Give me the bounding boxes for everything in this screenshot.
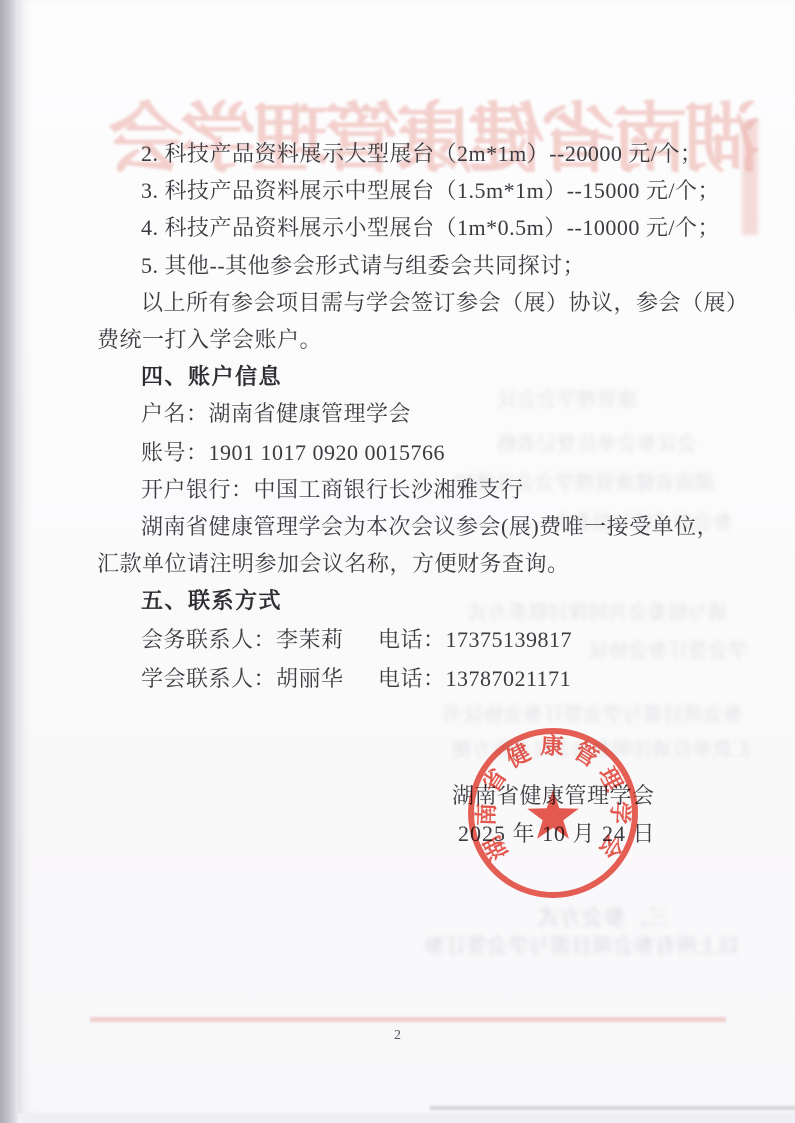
section-heading-account-info: 四、账户信息 [141,364,282,390]
paragraph-agreement-line1: 以上所有参会项目需与学会签订参会（展）协议，参会（展） [141,290,749,316]
scanned-document: 湖南省健康管理学会 康管理学会会议 会议参会单位登记表格 湖南省健康管理学会会议… [0,0,795,1123]
official-seal-svg: 湖南省健康管理学会 [464,724,642,902]
paper-bottom-edge [18,1113,795,1123]
bleedthrough-letterhead-title: 湖南省健康管理学会 [108,90,760,190]
bleedthrough-line: 会议参会单位登记表格 [497,427,697,456]
paragraph-agreement-line2: 费统一打入学会账户。 [97,327,322,353]
contact-name: 会务联系人：李茉莉 [141,627,344,652]
list-item-4: 4. 科技产品资料展示小型展台（1m*0.5m）--10000 元/个； [141,215,720,241]
account-holder-line: 户名：湖南省健康管理学会 [141,401,411,427]
page-bottom-shadow [430,1106,795,1110]
contact-row-association: 学会联系人：胡丽华 电话：13787021171 [141,666,641,692]
account-bank-line: 开户银行：中国工商银行长沙湘雅支行 [141,477,524,503]
bleedthrough-pink-smudge [742,120,758,235]
seal-star [527,790,578,839]
scanner-background-strip [0,0,18,1123]
paragraph-payment-line1: 湖南省健康管理学会为本次会议参会(展)费唯一接受单位， [141,514,719,540]
bleedthrough-line: 参会项目需与学会签订参会协议书 [443,698,743,727]
bleedthrough-line: 以上所有参会项目需与学会签订参 [424,930,739,960]
official-seal: 湖南省健康管理学会 [464,724,642,902]
bleedthrough-line: 康管理学会会议 [497,383,637,412]
contact-phone: 电话：13787021171 [378,666,571,692]
bleedthrough-line: 请与组委会共同探讨联系方式 [468,596,728,625]
contact-row-conference: 会务联系人：李茉莉 电话：17375139817 [141,627,641,653]
bleedthrough-pink-rule [90,1017,726,1022]
list-item-3: 3. 科技产品资料展示中型展台（1.5m*1m）--15000 元/个； [141,178,720,204]
list-item-2: 2. 科技产品资料展示大型展台（2m*1m）--20000 元/个； [141,141,703,167]
list-item-5: 5. 其他--其他参会形式请与组委会共同探讨； [141,253,585,279]
bleedthrough-line: 三、参会方式 [538,901,670,932]
contact-name: 学会联系人：胡丽华 [141,666,344,691]
paragraph-payment-line2: 汇款单位请注明参加会议名称，方便财务查询。 [97,551,570,577]
page-number: 2 [0,1028,795,1044]
account-number-line: 账号：1901 1017 0920 0015766 [141,440,445,466]
contact-phone: 电话：17375139817 [378,627,572,653]
section-heading-contact: 五、联系方式 [141,588,282,614]
